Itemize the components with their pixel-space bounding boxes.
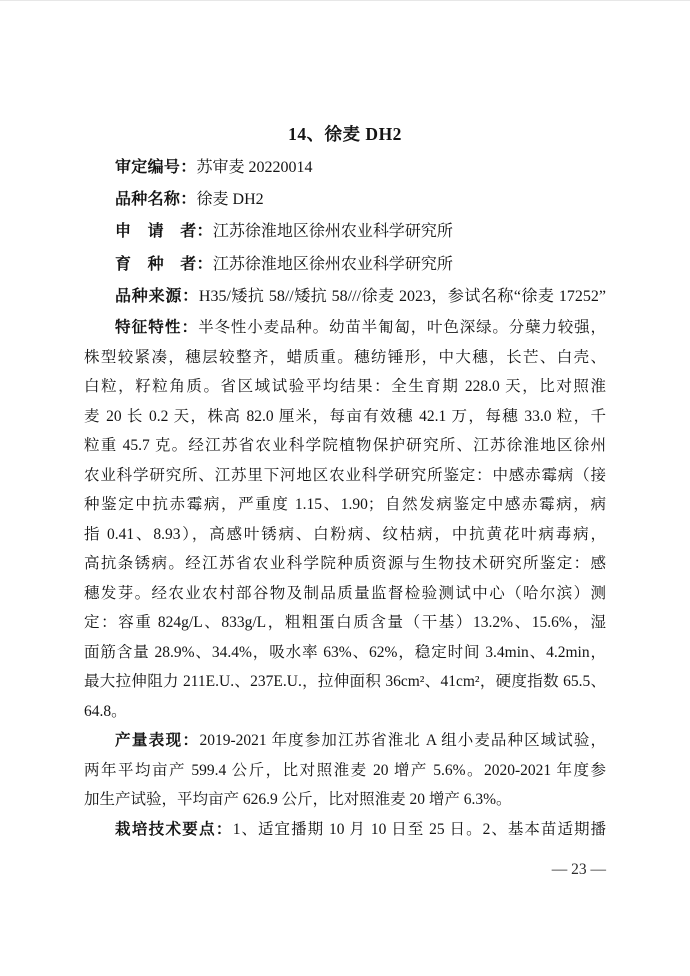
text-line: 农业科学研究所、江苏里下河地区农业科学研究所鉴定：中感赤霉病（接 bbox=[84, 461, 606, 491]
field-text: 穗发芽。经农业农村部谷物及制品质量监督检验测试中心（哈尔滨）测 bbox=[84, 585, 606, 602]
page-title: 14、徐麦 DH2 bbox=[84, 122, 606, 146]
text-line: 申 请 者：江苏徐淮地区徐州农业科学研究所 bbox=[84, 216, 606, 248]
field-label: 产量表现： bbox=[115, 732, 199, 749]
text-line: 高抗条锈病。经江苏省农业科学院种质资源与生物技术研究所鉴定：感 bbox=[84, 549, 606, 579]
field-text: 麦 20 长 0.2 天，株高 82.0 厘米，每亩有效穗 42.1 万，每穗 … bbox=[84, 408, 606, 425]
field-text: 指 0.41、8.93），高感叶锈病、白粉病、纹枯病，中抗黄花叶病毒病， bbox=[84, 526, 606, 543]
text-line: 产量表现：2019-2021 年度参加江苏省淮北 A 组小麦品种区域试验， bbox=[84, 726, 606, 756]
text-line: 穗发芽。经农业农村部谷物及制品质量监督检验测试中心（哈尔滨）测 bbox=[84, 579, 606, 609]
text-line: 品种名称：徐麦 DH2 bbox=[84, 184, 606, 216]
text-line: 特征特性：半冬性小麦品种。幼苗半匍匐，叶色深绿。分蘖力较强， bbox=[84, 313, 606, 343]
text-line: 最大拉伸阻力 211E.U.、237E.U.，拉伸面积 36cm²、41cm²，… bbox=[84, 667, 606, 697]
text-line: 栽培技术要点：1、适宜播期 10 月 10 日至 25 日。2、基本苗适期播 bbox=[84, 815, 606, 845]
text-line: 指 0.41、8.93），高感叶锈病、白粉病、纹枯病，中抗黄花叶病毒病， bbox=[84, 520, 606, 550]
field-text: 定：容重 824g/L、833g/L，粗粗蛋白质含量（干基）13.2%、15.6… bbox=[84, 614, 606, 631]
field-label: 品种来源： bbox=[115, 288, 199, 305]
variety-description-section: 特征特性：半冬性小麦品种。幼苗半匍匐，叶色深绿。分蘖力较强，株型较紧凑，穗层较整… bbox=[84, 313, 606, 844]
page-footer: — 23 — bbox=[84, 860, 606, 880]
text-line: 面筋含量 28.9%、34.4%，吸水率 63%、62%，稳定时间 3.4min… bbox=[84, 638, 606, 668]
field-text: 最大拉伸阻力 211E.U.、237E.U.，拉伸面积 36cm²、41cm²，… bbox=[84, 673, 606, 690]
field-text: 加生产试验，平均亩产 626.9 公斤，比对照淮麦 20 增产 6.3%。 bbox=[84, 791, 512, 808]
page-number: — 23 — bbox=[552, 861, 606, 878]
field-text: 白粒，籽粒角质。省区域试验平均结果：全生育期 228.0 天，比对照淮 bbox=[84, 378, 606, 395]
field-text: 苏审麦 20220014 bbox=[197, 159, 313, 176]
text-line: 麦 20 长 0.2 天，株高 82.0 厘米，每亩有效穗 42.1 万，每穗 … bbox=[84, 402, 606, 432]
field-text: 面筋含量 28.9%、34.4%，吸水率 63%、62%，稳定时间 3.4min… bbox=[84, 644, 606, 661]
field-text: 江苏徐淮地区徐州农业科学研究所 bbox=[213, 223, 453, 240]
field-text: 半冬性小麦品种。幼苗半匍匐，叶色深绿。分蘖力较强， bbox=[198, 319, 606, 336]
field-text: 高抗条锈病。经江苏省农业科学院种质资源与生物技术研究所鉴定：感 bbox=[84, 555, 606, 572]
text-line: 品种来源：H35/矮抗 58//矮抗 58///徐麦 2023，参试名称“徐麦 … bbox=[84, 281, 606, 313]
field-label: 品种名称： bbox=[115, 191, 197, 208]
document-page: 14、徐麦 DH2 审定编号：苏审麦 20220014品种名称：徐麦 DH2申 … bbox=[0, 1, 690, 976]
field-text: 江苏徐淮地区徐州农业科学研究所 bbox=[213, 256, 453, 273]
text-line: 两年平均亩产 599.4 公斤，比对照淮麦 20 增产 5.6%。2020-20… bbox=[84, 756, 606, 786]
field-text: 2019-2021 年度参加江苏省淮北 A 组小麦品种区域试验， bbox=[199, 732, 606, 749]
field-text: 64.8。 bbox=[84, 703, 127, 720]
field-label: 审定编号： bbox=[115, 159, 197, 176]
variety-metadata-section: 审定编号：苏审麦 20220014品种名称：徐麦 DH2申 请 者：江苏徐淮地区… bbox=[84, 152, 606, 313]
text-line: 株型较紧凑，穗层较整齐，蜡质重。穗纺锤形，中大穗，长芒、白壳、 bbox=[84, 343, 606, 373]
field-label: 栽培技术要点： bbox=[115, 821, 233, 838]
text-line: 加生产试验，平均亩产 626.9 公斤，比对照淮麦 20 增产 6.3%。 bbox=[84, 785, 606, 815]
field-label: 特征特性： bbox=[115, 319, 198, 336]
field-text: 粒重 45.7 克。经江苏省农业科学院植物保护研究所、江苏徐淮地区徐州 bbox=[84, 437, 606, 454]
field-text: 1、适宜播期 10 月 10 日至 25 日。2、基本苗适期播 bbox=[233, 821, 606, 838]
text-line: 种鉴定中抗赤霉病，严重度 1.15、1.90；自然发病鉴定中感赤霉病，病 bbox=[84, 490, 606, 520]
field-text: 株型较紧凑，穗层较整齐，蜡质重。穗纺锤形，中大穗，长芒、白壳、 bbox=[84, 349, 606, 366]
text-line: 粒重 45.7 克。经江苏省农业科学院植物保护研究所、江苏徐淮地区徐州 bbox=[84, 431, 606, 461]
text-line: 定：容重 824g/L、833g/L，粗粗蛋白质含量（干基）13.2%、15.6… bbox=[84, 608, 606, 638]
field-text: 两年平均亩产 599.4 公斤，比对照淮麦 20 增产 5.6%。2020-20… bbox=[84, 762, 606, 779]
field-text: H35/矮抗 58//矮抗 58///徐麦 2023，参试名称“徐麦 17252… bbox=[199, 288, 606, 305]
field-label: 申 请 者： bbox=[115, 223, 213, 240]
field-text: 徐麦 DH2 bbox=[197, 191, 264, 208]
field-text: 农业科学研究所、江苏里下河地区农业科学研究所鉴定：中感赤霉病（接 bbox=[84, 467, 606, 484]
text-line: 审定编号：苏审麦 20220014 bbox=[84, 152, 606, 184]
text-line: 育 种 者：江苏徐淮地区徐州农业科学研究所 bbox=[84, 249, 606, 281]
text-line: 白粒，籽粒角质。省区域试验平均结果：全生育期 228.0 天，比对照淮 bbox=[84, 372, 606, 402]
text-line: 64.8。 bbox=[84, 697, 606, 727]
field-label: 育 种 者： bbox=[115, 256, 213, 273]
field-text: 种鉴定中抗赤霉病，严重度 1.15、1.90；自然发病鉴定中感赤霉病，病 bbox=[84, 496, 606, 513]
